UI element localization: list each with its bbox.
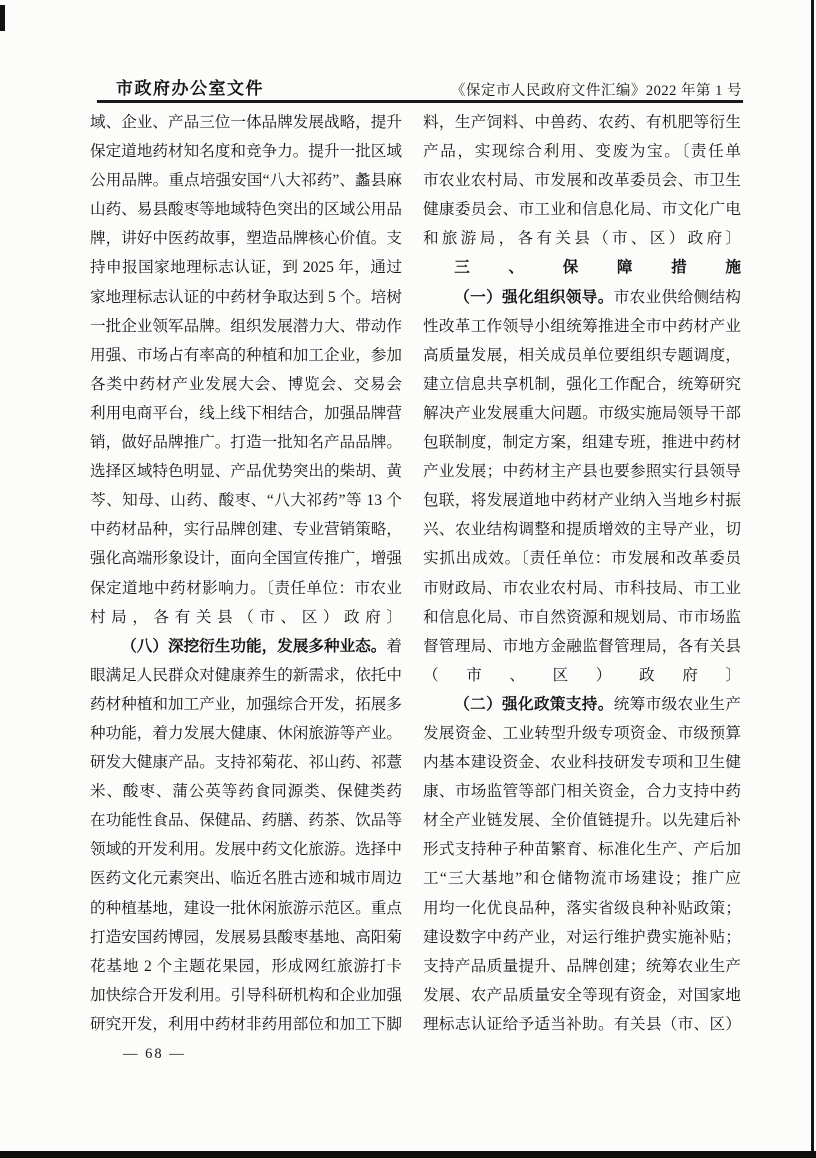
text-line: 和旅游局，各有关县（市、区）政府〕 <box>423 224 741 253</box>
text-segment: 持申报国家地理标志认证，到 2025 年，通过国 <box>90 259 402 282</box>
text-segment: 村局，各有关县（市、区）政府〕 <box>90 609 402 626</box>
text-line: 实抓出成效。〔责任单位：市发展和改革委员会、 <box>423 544 741 573</box>
text-line: 兴、农业结构调整和提质增效的主导产业，切 <box>423 515 741 544</box>
text-line: （二）强化政策支持。统筹市级农业生产 <box>423 690 741 719</box>
text-segment: 康、市场监管等部门相关资金，合力支持中药 <box>423 783 741 800</box>
text-segment: 保定道地药材知名度和竞争力。提升一批区域 <box>90 143 402 160</box>
text-line: （市、区）政府〕 <box>423 661 741 690</box>
text-line: 加快综合开发利用。引导科研机构和企业加强 <box>90 981 402 1010</box>
header-section-title: 市政府办公室文件 <box>116 74 264 99</box>
text-segment: 药材种植和加工产业，加强综合开发，拓展多 <box>90 696 402 713</box>
scan-right-edge <box>811 0 814 1158</box>
text-segment: 督管理局、市地方金融监督管理局，各有关县 <box>423 638 741 655</box>
text-line: 眼满足人民群众对健康养生的新需求，依托中 <box>90 661 402 690</box>
text-line: 料，生产饲料、中兽药、农药、有机肥等衍生 <box>423 108 741 137</box>
text-segment: 芩、知母、山药、酸枣、“八大祁药”等 13 个 <box>90 492 402 509</box>
text-line: 用强、市场占有率高的种植和加工企业，参加 <box>90 341 402 370</box>
header-compilation-title: 《保定市人民政府文件汇编》2022 年第 1 号 <box>451 79 742 100</box>
text-line: 解决产业发展重大问题。市级实施局领导干部 <box>423 399 741 428</box>
text-line: 公用品牌。重点培强安国“八大祁药”、蠡县麻 <box>90 166 402 195</box>
text-line: 山药、易县酸枣等地域特色突出的区域公用品 <box>90 195 402 224</box>
text-line: 材全产业链发展、全价值链提升。以先建后补 <box>423 806 741 835</box>
text-segment: 建立信息共享机制，强化工作配合，统筹研究 <box>423 376 741 393</box>
text-line: 发展资金、工业转型升级专项资金、市级预算 <box>423 719 741 748</box>
text-line: 芩、知母、山药、酸枣、“八大祁药”等 13 个 <box>90 486 402 515</box>
text-segment: 保定道地中药材影响力。〔责任单位：市农业农 <box>90 580 402 603</box>
text-segment: 着 <box>386 638 402 655</box>
text-line: 市财政局、市农业农村局、市科技局、市工业 <box>423 574 741 603</box>
text-segment: 域、企业、产品三位一体品牌发展战略，提升 <box>90 114 402 131</box>
text-line: 医药文化元素突出、临近名胜古迹和城市周边 <box>90 864 402 893</box>
text-segment: 强化高端形象设计，面向全国宣传推广，增强 <box>90 550 402 567</box>
text-line: 保定道地中药材影响力。〔责任单位：市农业农 <box>90 574 402 603</box>
text-line: 研发大健康产品。支持祁菊花、祁山药、祁薏 <box>90 748 402 777</box>
text-segment: 高质量发展，相关成员单位要组织专题调度， <box>423 347 741 364</box>
text-segment: 牌，讲好中医药故事，塑造品牌核心价值。支 <box>90 230 402 247</box>
text-line: 打造安国药博园，发展易县酸枣基地、高阳菊 <box>90 923 402 952</box>
text-line: 一批企业领军品牌。组织发展潜力大、带动作 <box>90 312 402 341</box>
text-line: 理标志认证给予适当补助。有关县（市、区） <box>423 1010 741 1039</box>
text-line: 域、企业、产品三位一体品牌发展战略，提升 <box>90 108 402 137</box>
text-segment: 销，做好品牌推广。打造一批知名产品品牌。 <box>90 434 402 451</box>
text-segment: 内基本建设资金、农业科技研发专项和卫生健 <box>423 754 741 771</box>
text-segment: 产品，实现综合利用、变废为宝。〔责任单位： <box>423 143 741 166</box>
text-line: 家地理标志认证的中药材争取达到 5 个。培树 <box>90 283 402 312</box>
text-line: 各类中药材产业发展大会、博览会、交易会等， <box>90 370 402 399</box>
text-line: （一）强化组织领导。市农业供给侧结构 <box>423 283 741 312</box>
text-segment: 选择区域特色明显、产品优势突出的柴胡、黄 <box>90 463 402 480</box>
text-segment: 加快综合开发利用。引导科研机构和企业加强 <box>90 987 402 1004</box>
text-segment: 理标志认证给予适当补助。有关县（市、区） <box>423 1016 741 1033</box>
text-segment: 建设数字中药产业，对运行维护费实施补贴； <box>423 929 741 946</box>
text-segment: 包联，将发展道地中药材产业纳入当地乡村振 <box>423 492 741 509</box>
text-line: 和信息化局、市自然资源和规划局、市市场监 <box>423 603 741 632</box>
text-line: 支持产品质量提升、品牌创建；统筹农业生产 <box>423 952 741 981</box>
text-segment: 发展、农产品质量安全等现有资金，对国家地 <box>423 987 741 1004</box>
text-segment: 中药材品种，实行品牌创建、专业营销策略， <box>90 521 402 538</box>
text-segment: 统筹市级农业生产 <box>614 696 741 713</box>
text-line: 康、市场监管等部门相关资金，合力支持中药 <box>423 777 741 806</box>
text-line: 高质量发展，相关成员单位要组织专题调度， <box>423 341 741 370</box>
text-segment: 三、保障措施 <box>454 259 741 276</box>
text-line: 药材种植和加工产业，加强综合开发，拓展多 <box>90 690 402 719</box>
text-segment: 健康委员会、市工业和信息化局、市文化广电 <box>423 201 741 218</box>
text-segment: 解决产业发展重大问题。市级实施局领导干部 <box>423 405 741 422</box>
right-column: 料，生产饲料、中兽药、农药、有机肥等衍生产品，实现综合利用、变废为宝。〔责任单位… <box>423 108 741 1039</box>
text-segment: 领域的开发利用。发展中药文化旅游。选择中 <box>90 841 402 858</box>
text-segment: （八）深挖衍生功能，发展多种业态。 <box>121 638 386 655</box>
text-line: 的种植基地，建设一批休闲旅游示范区。重点 <box>90 894 402 923</box>
text-segment: 用均一化优良品种，落实省级良种补贴政策； <box>423 900 741 917</box>
text-segment: 公用品牌。重点培强安国“八大祁药”、蠡县麻 <box>90 172 402 189</box>
text-segment: 市农业供给侧结构 <box>614 289 741 306</box>
text-line: 建设数字中药产业，对运行维护费实施补贴； <box>423 923 741 952</box>
page-number: — 68 — <box>123 1046 186 1063</box>
text-segment: 实抓出成效。〔责任单位：市发展和改革委员会、 <box>423 550 741 573</box>
text-line: 工“三大基地”和仓储物流市场建设；推广应 <box>423 864 741 893</box>
text-line: 内基本建设资金、农业科技研发专项和卫生健 <box>423 748 741 777</box>
text-line: 健康委员会、市工业和信息化局、市文化广电 <box>423 195 741 224</box>
text-segment: 和信息化局、市自然资源和规划局、市市场监 <box>423 609 741 626</box>
text-segment: 的种植基地，建设一批休闲旅游示范区。重点 <box>90 900 402 917</box>
text-segment: 花基地 2 个主题花果园，形成网红旅游打卡地。 <box>90 958 402 981</box>
text-segment: 山药、易县酸枣等地域特色突出的区域公用品 <box>90 201 402 218</box>
text-line: 花基地 2 个主题花果园，形成网红旅游打卡地。 <box>90 952 402 981</box>
text-line: 市农业农村局、市发展和改革委员会、市卫生 <box>423 166 741 195</box>
text-line: 米、酸枣、蒲公英等药食同源类、保健类药材， <box>90 777 402 806</box>
text-segment: 形式支持种子种苗繁育、标准化生产、产后加 <box>423 841 741 858</box>
text-segment: 支持产品质量提升、品牌创建；统筹农业生产 <box>423 958 741 975</box>
text-line: 性改革工作领导小组统筹推进全市中药材产业 <box>423 312 741 341</box>
text-line: 选择区域特色明显、产品优势突出的柴胡、黄 <box>90 457 402 486</box>
header-rule <box>97 100 743 103</box>
text-segment: 家地理标志认证的中药材争取达到 5 个。培树 <box>90 289 402 306</box>
text-segment: 在功能性食品、保健品、药膳、药茶、饮品等 <box>90 812 402 829</box>
text-line: 三、保障措施 <box>423 253 741 282</box>
text-line: 建立信息共享机制，强化工作配合，统筹研究 <box>423 370 741 399</box>
text-segment: 兴、农业结构调整和提质增效的主导产业，切 <box>423 521 741 538</box>
text-line: 强化高端形象设计，面向全国宣传推广，增强 <box>90 544 402 573</box>
text-line: 督管理局、市地方金融监督管理局，各有关县 <box>423 632 741 661</box>
text-segment: 研发大健康产品。支持祁菊花、祁山药、祁薏 <box>90 754 402 771</box>
text-line: 村局，各有关县（市、区）政府〕 <box>90 603 402 632</box>
text-segment: 医药文化元素突出、临近名胜古迹和城市周边 <box>90 870 402 887</box>
text-line: 销，做好品牌推广。打造一批知名产品品牌。 <box>90 428 402 457</box>
text-segment: 米、酸枣、蒲公英等药食同源类、保健类药材， <box>90 783 402 806</box>
text-line: 产品，实现综合利用、变废为宝。〔责任单位： <box>423 137 741 166</box>
text-segment: 各类中药材产业发展大会、博览会、交易会等， <box>90 376 402 399</box>
text-line: 牌，讲好中医药故事，塑造品牌核心价值。支 <box>90 224 402 253</box>
text-line: 利用电商平台，线上线下相结合，加强品牌营 <box>90 399 402 428</box>
text-line: 种功能，着力发展大健康、休闲旅游等产业。 <box>90 719 402 748</box>
text-segment: 种功能，着力发展大健康、休闲旅游等产业。 <box>90 725 402 742</box>
text-segment: 市财政局、市农业农村局、市科技局、市工业 <box>423 580 741 597</box>
text-segment: 工“三大基地”和仓储物流市场建设；推广应 <box>423 870 741 887</box>
text-segment: 发展资金、工业转型升级专项资金、市级预算 <box>423 725 741 742</box>
text-line: 保定道地药材知名度和竞争力。提升一批区域 <box>90 137 402 166</box>
text-segment: 产业发展；中药材主产县也要参照实行县领导 <box>423 463 741 480</box>
text-segment: （市、区）政府〕 <box>423 667 741 684</box>
text-segment: 包联制度，制定方案，组建专班，推进中药材 <box>423 434 741 451</box>
text-segment: 用强、市场占有率高的种植和加工企业，参加 <box>90 347 402 364</box>
text-segment: 材全产业链发展、全价值链提升。以先建后补 <box>423 812 741 829</box>
scan-bottom-edge <box>0 1151 816 1158</box>
text-line: 研究开发，利用中药材非药用部位和加工下脚 <box>90 1010 402 1039</box>
text-segment: 性改革工作领导小组统筹推进全市中药材产业 <box>423 318 741 335</box>
text-line: 形式支持种子种苗繁育、标准化生产、产后加 <box>423 835 741 864</box>
text-segment: 眼满足人民群众对健康养生的新需求，依托中 <box>90 667 402 684</box>
text-segment: 一批企业领军品牌。组织发展潜力大、带动作 <box>90 318 402 335</box>
text-segment: 料，生产饲料、中兽药、农药、有机肥等衍生 <box>423 114 741 131</box>
text-line: 用均一化优良品种，落实省级良种补贴政策； <box>423 894 741 923</box>
text-segment: 打造安国药博园，发展易县酸枣基地、高阳菊 <box>90 929 402 946</box>
scan-edge-mark <box>0 5 5 31</box>
text-segment: 研究开发，利用中药材非药用部位和加工下脚 <box>90 1016 402 1033</box>
text-segment: 市农业农村局、市发展和改革委员会、市卫生 <box>423 172 741 189</box>
text-line: 领域的开发利用。发展中药文化旅游。选择中 <box>90 835 402 864</box>
text-line: 产业发展；中药材主产县也要参照实行县领导 <box>423 457 741 486</box>
text-segment: （一）强化组织领导。 <box>454 289 614 306</box>
text-line: 在功能性食品、保健品、药膳、药茶、饮品等 <box>90 806 402 835</box>
text-segment: 和旅游局，各有关县（市、区）政府〕 <box>423 230 741 247</box>
text-line: 发展、农产品质量安全等现有资金，对国家地 <box>423 981 741 1010</box>
text-segment: 利用电商平台，线上线下相结合，加强品牌营 <box>90 405 402 422</box>
text-line: 包联，将发展道地中药材产业纳入当地乡村振 <box>423 486 741 515</box>
text-line: 持申报国家地理标志认证，到 2025 年，通过国 <box>90 253 402 282</box>
text-line: 中药材品种，实行品牌创建、专业营销策略， <box>90 515 402 544</box>
text-line: （八）深挖衍生功能，发展多种业态。着 <box>90 632 402 661</box>
scanned-document-page: 市政府办公室文件 《保定市人民政府文件汇编》2022 年第 1 号 域、企业、产… <box>0 0 816 1158</box>
left-column: 域、企业、产品三位一体品牌发展战略，提升保定道地药材知名度和竞争力。提升一批区域… <box>90 108 402 1039</box>
text-line: 包联制度，制定方案，组建专班，推进中药材 <box>423 428 741 457</box>
text-segment: （二）强化政策支持。 <box>454 696 614 713</box>
